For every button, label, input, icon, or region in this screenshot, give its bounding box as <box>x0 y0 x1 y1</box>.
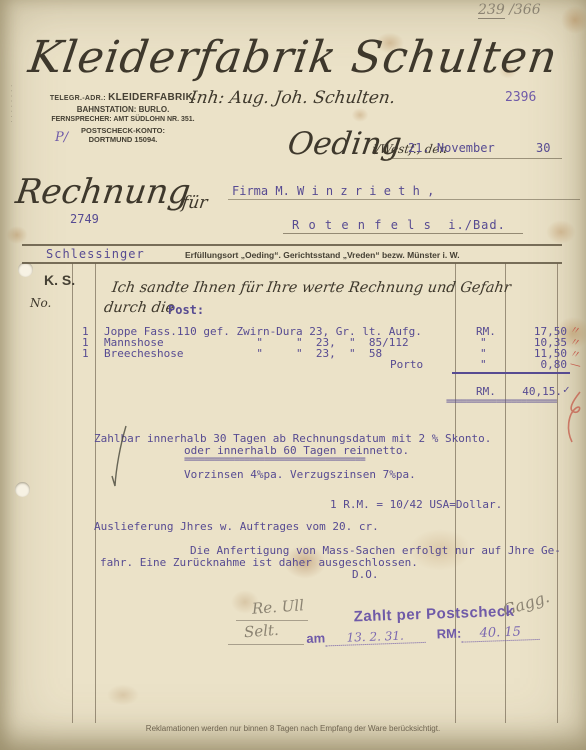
recipient-city-rule <box>283 233 523 234</box>
pencil-note-1: Re. Ull <box>251 596 304 618</box>
intro-typed-post: Post: <box>168 303 204 317</box>
payment-stamp-date-hand: 13. 2. 31. <box>325 627 425 646</box>
punch-hole <box>18 262 33 277</box>
payment-stamp-amount-hand: 40. 15 <box>461 623 540 643</box>
pencil-note-2: Selt. <box>243 621 279 641</box>
jurisdiction-line: Erfüllungsort „Oeding“. Gerichtsstand „V… <box>185 250 460 260</box>
corner-note-numerator: 239 <box>478 2 505 19</box>
recipient-rule <box>228 199 580 200</box>
invoice-number: 2749 <box>70 212 99 226</box>
pen-check-icon <box>104 424 130 504</box>
p-mark-handwritten: P/ <box>55 130 68 145</box>
invoice-fuer-text: für <box>181 193 209 213</box>
payment-stamp-rm-label: RM: <box>436 626 461 642</box>
company-title-text: Kleiderfabrik Schulten <box>25 32 560 83</box>
header-rule-top <box>22 244 562 246</box>
corner-note-denominator: /366 <box>509 2 540 18</box>
terms-line3: Vorzinsen 4%pa. Verzugszinsen 7%pa. <box>184 468 416 481</box>
payment-stamp-am-label: am <box>306 630 325 646</box>
ks-label: K. S. <box>44 272 75 288</box>
delivery-line: Auslieferung Jhres w. Auftrages vom 20. … <box>94 520 379 533</box>
payment-stamp: Zahlt per Postscheck am13. 2. 31. RM:40.… <box>305 602 539 648</box>
telegraph-address-line: TELEGR.-ADR.: KLEIDERFABRIK. <box>28 92 218 103</box>
company-owner-text: Inh: Aug. Joh. Schulten. <box>189 88 397 108</box>
dateline-year-typed: 30 <box>536 141 550 155</box>
table-vline-desc-end <box>455 263 456 723</box>
terms-rule: ==================================== <box>184 454 365 465</box>
recipient-city: R o t e n f e l s i./Bad. <box>292 218 506 232</box>
pencil-note-2-rule <box>228 644 304 645</box>
stain <box>100 680 146 710</box>
printers-imprint: · · · · · · · · <box>6 85 14 123</box>
payment-amount-handwriting: 40. 15 <box>479 625 521 641</box>
dateline-rule <box>388 158 562 159</box>
porto-label: Porto <box>390 358 423 371</box>
payment-stamp-line1: Zahlt per Postscheck <box>353 602 538 625</box>
header-rule-bottom <box>22 262 562 264</box>
contact-line-bahnstation: BAHNSTATION: BURLO. <box>28 105 218 114</box>
no-column-label: No. <box>30 296 51 310</box>
total-double-rule: ====================== <box>446 396 556 407</box>
row-qty: 1 <box>82 347 89 360</box>
agent-name: Schlessinger <box>46 247 145 261</box>
subtotal-rule <box>452 372 570 374</box>
intro-script-line2-text: durch die <box>103 300 175 316</box>
invoice-word-text: Rechnung <box>13 172 193 212</box>
intro-script-line1: Ich sandte Ihnen für Ihre werte Rechnung… <box>112 280 511 296</box>
payment-date-handwriting: 13. 2. 31. <box>346 629 404 645</box>
contact-line-fernsprecher: FERNSPRECHER: AMT SÜDLOHN NR. 351. <box>28 116 218 123</box>
invoice-document: 239 /366 Kleiderfabrik Schulten Inh: Aug… <box>0 0 586 750</box>
corner-archive-note: 239 /366 <box>478 2 541 18</box>
intro-script-line2: durch die <box>104 300 174 316</box>
recipient-name: Firma M. W i n z r i e t h , <box>232 184 434 198</box>
registry-stamp-number: 2396 <box>505 90 536 105</box>
invoice-fuer: für <box>182 193 207 213</box>
porto-currency: " <box>480 358 487 371</box>
row-desc: Breecheshose " " 23, " 58 <box>104 347 382 360</box>
footer-notice: Reklamationen werden nur binnen 8 Tagen … <box>0 724 586 733</box>
exchange-rate-line: 1 R.M. = 10/42 USA=Dollar. <box>330 498 502 511</box>
company-title: Kleiderfabrik Schulten <box>0 32 586 83</box>
invoice-word: Rechnung <box>16 172 190 212</box>
telegraph-value: KLEIDERFABRIK. <box>108 92 196 103</box>
audit-scribble-icon <box>558 390 586 445</box>
dateline-date-typed: 21. November <box>408 141 495 155</box>
intro-script-line1-text: Ich sandte Ihnen für Ihre werte Rechnung… <box>111 280 512 296</box>
telegraph-label: TELEGR.-ADR.: <box>50 95 106 102</box>
punch-hole <box>15 482 30 497</box>
table-vline-qty <box>95 263 96 723</box>
stain <box>348 105 372 125</box>
table-vline-left <box>72 263 73 723</box>
signoff: D.O. <box>352 568 379 581</box>
porto-amount: 0,80 <box>505 358 567 371</box>
audit-check-icon: — <box>569 357 583 372</box>
